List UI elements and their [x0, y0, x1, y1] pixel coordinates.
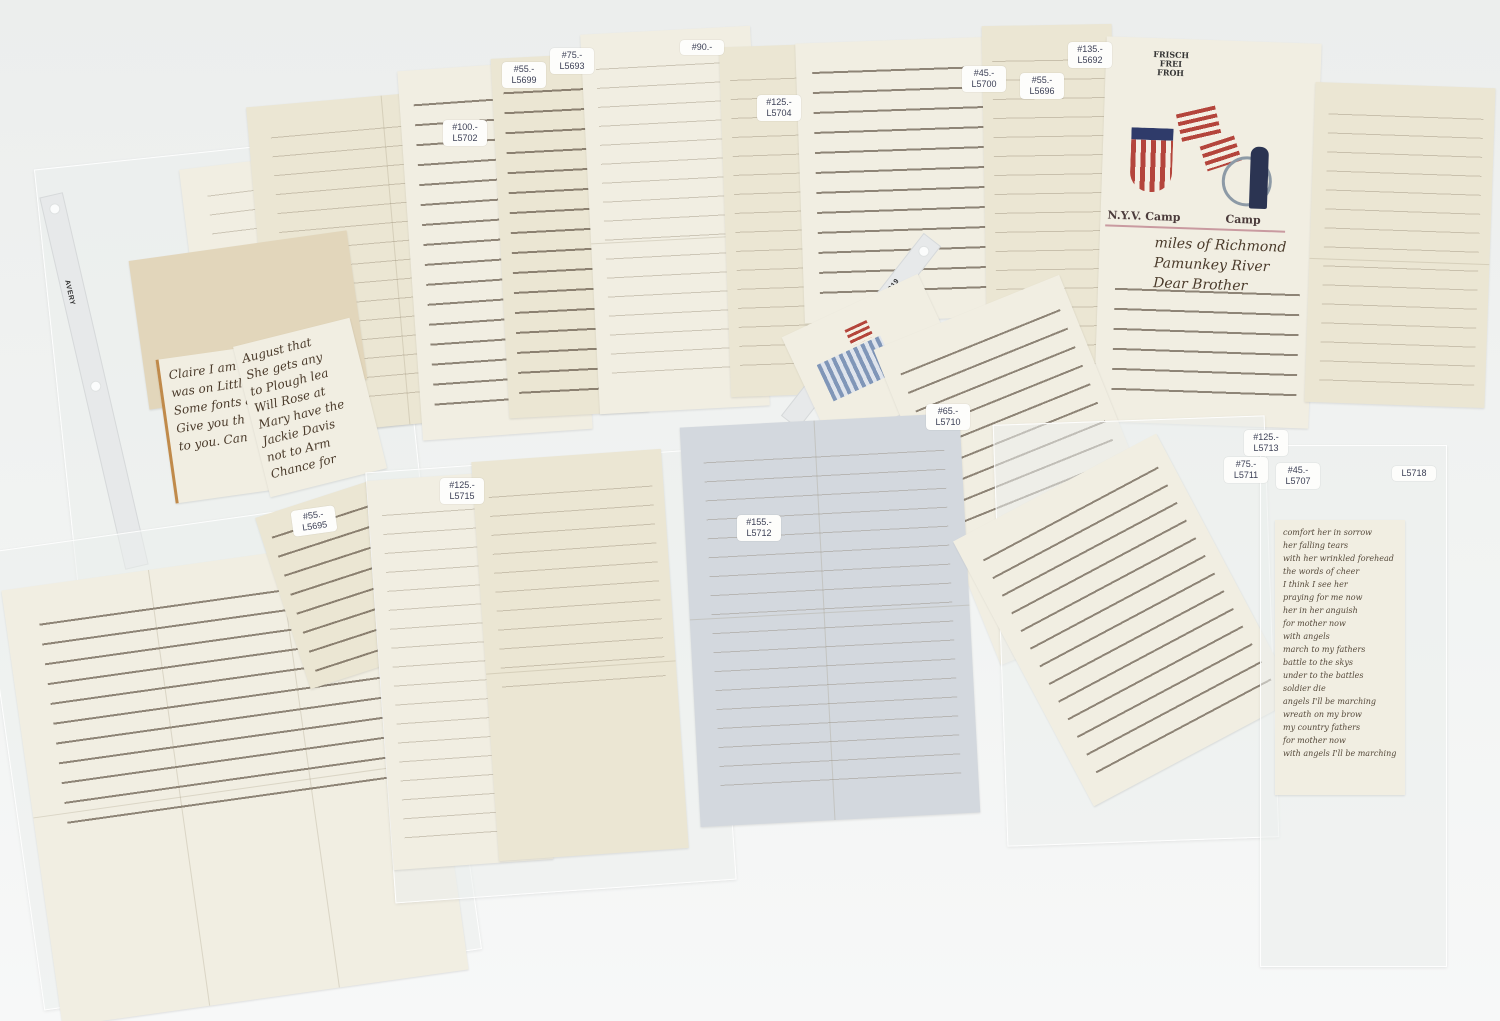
soldier-figure-icon [1249, 146, 1269, 209]
price-lot-label: #100.-L5702 [443, 120, 487, 146]
binder-hole [916, 244, 931, 259]
letterhead-banner: N.Y.V. Camp Camp [1105, 206, 1286, 232]
binder-hole [48, 202, 61, 215]
handwriting [1111, 276, 1300, 406]
price-lot-label: #90.- [680, 40, 724, 55]
letter-page [1304, 82, 1495, 408]
handwriting [1320, 102, 1485, 389]
poem-text: comfort her in sorrow her falling tears … [1283, 526, 1396, 760]
price-lot-label: #135.-L5692 [1068, 42, 1112, 68]
price-lot-label: #125.-L5704 [757, 95, 801, 121]
price-lot-label: #155.-L5712 [737, 515, 781, 541]
letter-page [471, 449, 688, 861]
price-lot-label: #55.-L5699 [502, 62, 546, 88]
shield-icon [1129, 127, 1173, 192]
price-lot-label: #75.-L5711 [1224, 457, 1268, 483]
price-lot-label: #75.-L5693 [550, 48, 594, 74]
patriotic-letterhead-sheet: FRISCH FREI FROH N.Y.V. Camp Camp miles … [1093, 36, 1321, 428]
binder-hole [89, 380, 102, 393]
price-lot-label: #45.-L5700 [962, 66, 1006, 92]
price-lot-label: #55.-L5696 [1020, 73, 1064, 99]
price-lot-label: L5718 [1392, 466, 1436, 481]
handwriting [703, 438, 962, 802]
price-lot-label: #65.-L5710 [926, 404, 970, 430]
price-lot-label: #125.-L5713 [1244, 430, 1288, 456]
avery-brand-mark: AVERY [63, 279, 76, 306]
poem-page: comfort her in sorrow her falling tears … [1275, 520, 1405, 795]
flag-icon [1176, 106, 1222, 144]
letterhead-motto: FRISCH FREI FROH [1145, 50, 1196, 79]
price-lot-label: #125.-L5715 [440, 478, 484, 504]
photo-scene: AVERY FRISCH FREI FROH N [0, 0, 1500, 1021]
blue-letter-page [680, 413, 981, 827]
price-lot-label: #45.-L5707 [1276, 463, 1320, 489]
